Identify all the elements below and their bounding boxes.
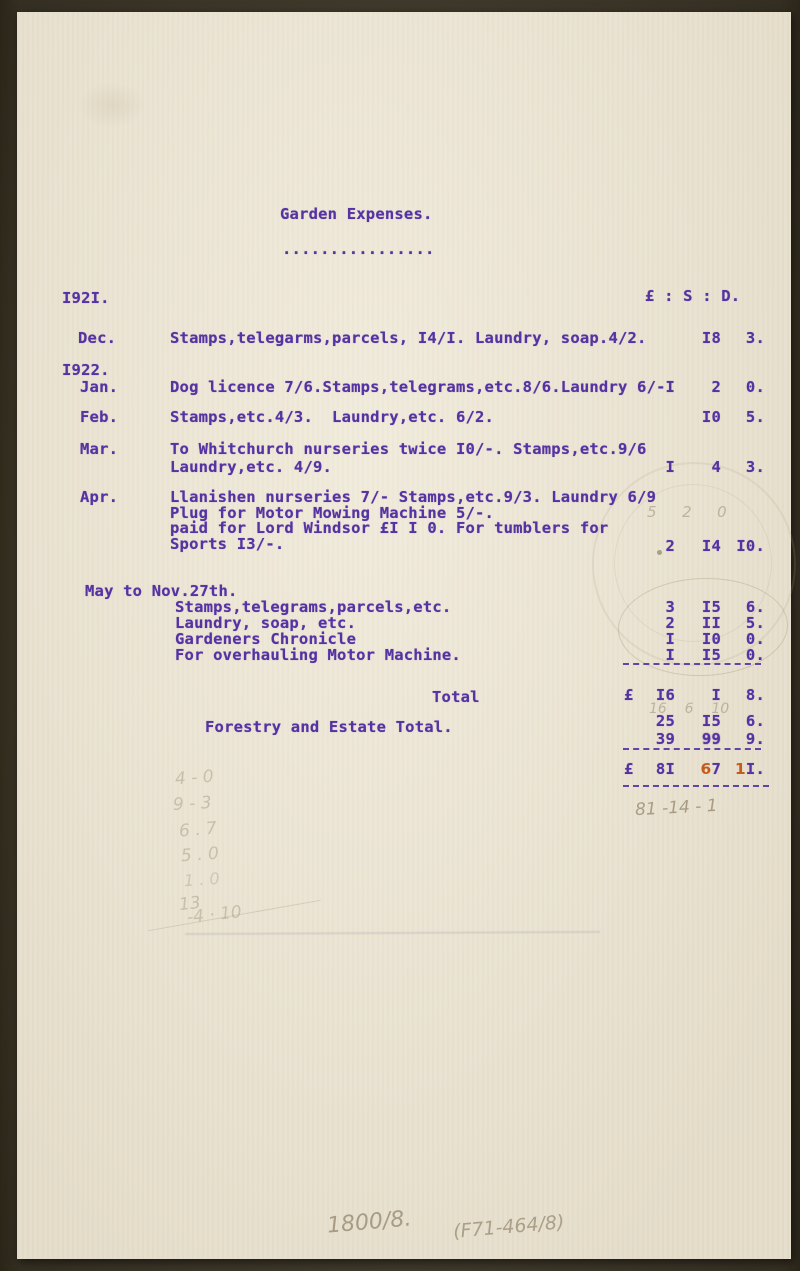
year-label-1922: I922.	[62, 361, 110, 379]
amount-pounds: 2	[631, 537, 675, 555]
ruled-dashed-line	[623, 663, 761, 665]
amount-shillings-overstruck: 99	[677, 730, 721, 748]
entry-description: Laundry,etc. 4/9.	[170, 458, 332, 476]
month-label: Feb.	[80, 408, 118, 426]
amount-shillings: 2	[677, 378, 721, 396]
entry-description: To Whitchurch nurseries twice I0/-. Stam…	[170, 440, 647, 458]
amount-pence: I0.	[723, 537, 765, 555]
pencil-note-apr: 5 2 0	[647, 503, 727, 521]
title-dotted-underline: ................	[282, 240, 435, 258]
month-label: Jan.	[80, 378, 118, 396]
forestry-total-label: Forestry and Estate Total.	[205, 718, 453, 736]
total-label: Total	[432, 688, 480, 706]
amount-pence: 3.	[723, 458, 765, 476]
typed-digit: 7	[711, 760, 721, 778]
pencil-note-grand-total: 81 -14 - 1	[635, 796, 718, 820]
amount-pence: 0.	[723, 378, 765, 396]
page-title: Garden Expenses.	[280, 205, 433, 223]
year-label-1921: I92I.	[62, 289, 110, 307]
handwritten-correction: 1	[735, 760, 746, 778]
amount-shillings: I4	[677, 537, 721, 555]
amount-shillings: I5	[677, 712, 721, 730]
archive-reference-number: 1800/8.	[326, 1206, 412, 1238]
amount-pence: 6.	[723, 712, 765, 730]
amount-pence-corrected: 1I.	[723, 760, 765, 778]
ruled-dashed-line	[623, 785, 769, 787]
amount-pounds: I	[631, 646, 675, 664]
amount-pounds: 25	[631, 712, 675, 730]
ink-speck	[657, 550, 662, 555]
pencil-arithmetic: 9 - 3	[173, 793, 213, 815]
paper-stain	[77, 82, 147, 128]
month-label: Mar.	[80, 440, 118, 458]
amount-pence: 3.	[723, 329, 765, 347]
ruled-dashed-line	[623, 748, 761, 750]
entry-description: Dog licence 7/6.Stamps,telegrams,etc.8/6…	[170, 378, 666, 396]
amount-shillings: 4	[677, 458, 721, 476]
amount-pence: 0.	[723, 646, 765, 664]
entry-description: Stamps,telegarms,parcels, I4/I. Laundry,…	[170, 329, 647, 347]
amount-pence: 5.	[723, 408, 765, 426]
pencil-arithmetic: 4 - 0	[174, 767, 214, 790]
typed-digit: I.	[746, 760, 765, 778]
amount-shillings-corrected: 67	[677, 760, 721, 778]
amount-pence: 8.	[723, 686, 765, 704]
entry-description: For overhauling Motor Machine.	[175, 646, 461, 664]
pencil-arithmetic: 1 . 0	[183, 869, 220, 890]
ink-smudge	[185, 931, 600, 935]
amount-pounds: 39	[631, 730, 675, 748]
archive-catalog-number: (F71-464/8)	[452, 1211, 565, 1243]
month-label: Dec.	[78, 329, 116, 347]
month-label: Apr.	[80, 488, 118, 506]
amount-shillings: I5	[677, 646, 721, 664]
entry-description: Stamps,etc.4/3. Laundry,etc. 6/2.	[170, 408, 494, 426]
pencil-arithmetic: 6 . 7	[178, 818, 217, 841]
amount-pounds: I	[631, 378, 675, 396]
entry-description: Sports I3/-.	[170, 535, 284, 553]
handwritten-correction: 6	[700, 760, 711, 778]
amount-pence: 9.	[723, 730, 765, 748]
amount-pounds: 8I	[631, 760, 675, 778]
currency-column-header: £ : S : D.	[645, 287, 740, 305]
pencil-arithmetic: -4 · 10	[186, 902, 243, 928]
amount-pounds: I	[631, 458, 675, 476]
document-page: Garden Expenses. ................ I92I. …	[17, 12, 791, 1259]
pencil-arithmetic: 5 . 0	[180, 844, 219, 867]
amount-shillings: I8	[677, 329, 721, 347]
amount-shillings: I0	[677, 408, 721, 426]
